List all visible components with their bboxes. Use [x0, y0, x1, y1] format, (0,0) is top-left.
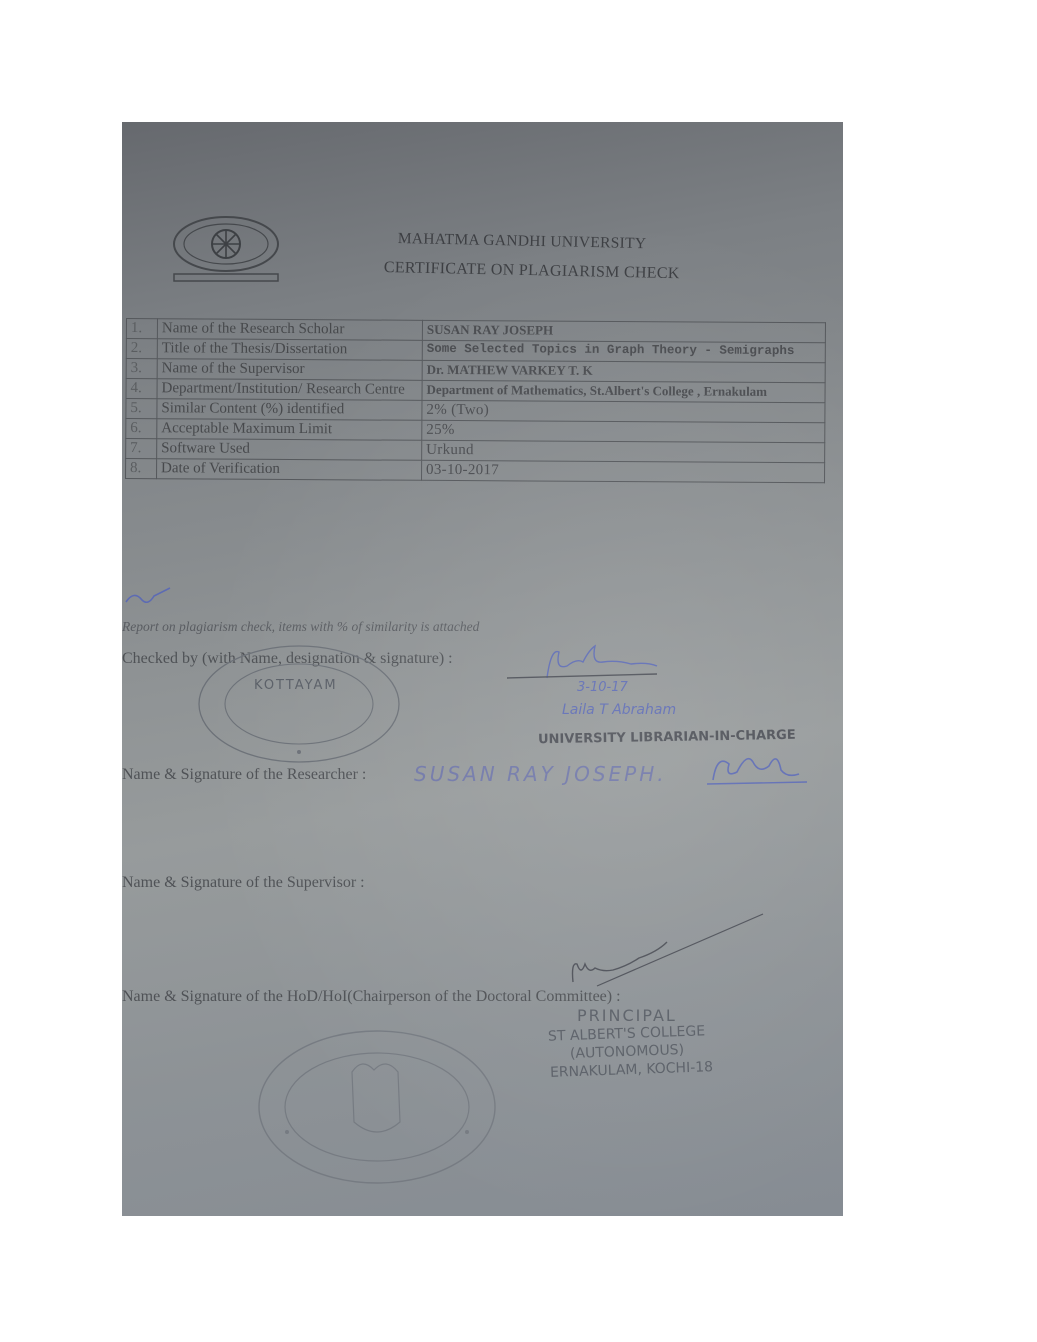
max-limit: 25% [422, 420, 825, 442]
college-seal-icon [252, 1022, 502, 1192]
verification-date: 03-10-2017 [422, 460, 825, 482]
stamp-address: ERNAKULAM, KOCHI-18 [550, 1059, 714, 1081]
certificate-title: CERTIFICATE ON PLAGIARISM CHECK [384, 259, 680, 283]
hod-label: Name & Signature of the HoD/HoI(Chairper… [122, 988, 621, 1006]
university-emblem-icon [170, 214, 282, 284]
researcher-name-handwritten: SUSAN RAY JOSEPH. [414, 762, 667, 786]
document-photo: MAHATMA GANDHI UNIVERSITY CERTIFICATE ON… [122, 122, 843, 1216]
stamp-kottayam: KOTTAYAM [254, 678, 338, 693]
department: Department of Mathematics, St.Albert's C… [422, 380, 825, 402]
table-row: 8. Date of Verification 03-10-2017 [126, 459, 825, 483]
researcher-label: Name & Signature of the Researcher : [122, 766, 366, 784]
stamp-autonomous: (AUTONOMOUS) [570, 1042, 685, 1062]
stamp-principal: PRINCIPAL [577, 1006, 677, 1025]
researcher-signature [707, 744, 817, 792]
certificate-details-table: 1. Name of the Research Scholar SUSAN RA… [125, 318, 826, 483]
thesis-title: Some Selected Topics in Graph Theory - S… [422, 340, 825, 362]
attachment-note: Report on plagiarism check, items with %… [122, 619, 479, 635]
supervisor-name: Dr. MATHEW VARKEY T. K [422, 360, 825, 382]
librarian-date: 3-10-17 [577, 680, 628, 695]
initial-mark-icon [124, 584, 174, 612]
scholar-name: SUSAN RAY JOSEPH [422, 320, 825, 342]
software-used: Urkund [422, 440, 825, 462]
librarian-signature [507, 642, 707, 682]
hod-signature [567, 912, 767, 992]
similarity-percent: 2% (Two) [422, 400, 825, 422]
supervisor-label: Name & Signature of the Supervisor : [122, 874, 365, 892]
institution-name: MAHATMA GANDHI UNIVERSITY [398, 230, 647, 253]
library-stamp-icon [194, 642, 404, 767]
librarian-name: Laila T Abraham [562, 702, 676, 718]
